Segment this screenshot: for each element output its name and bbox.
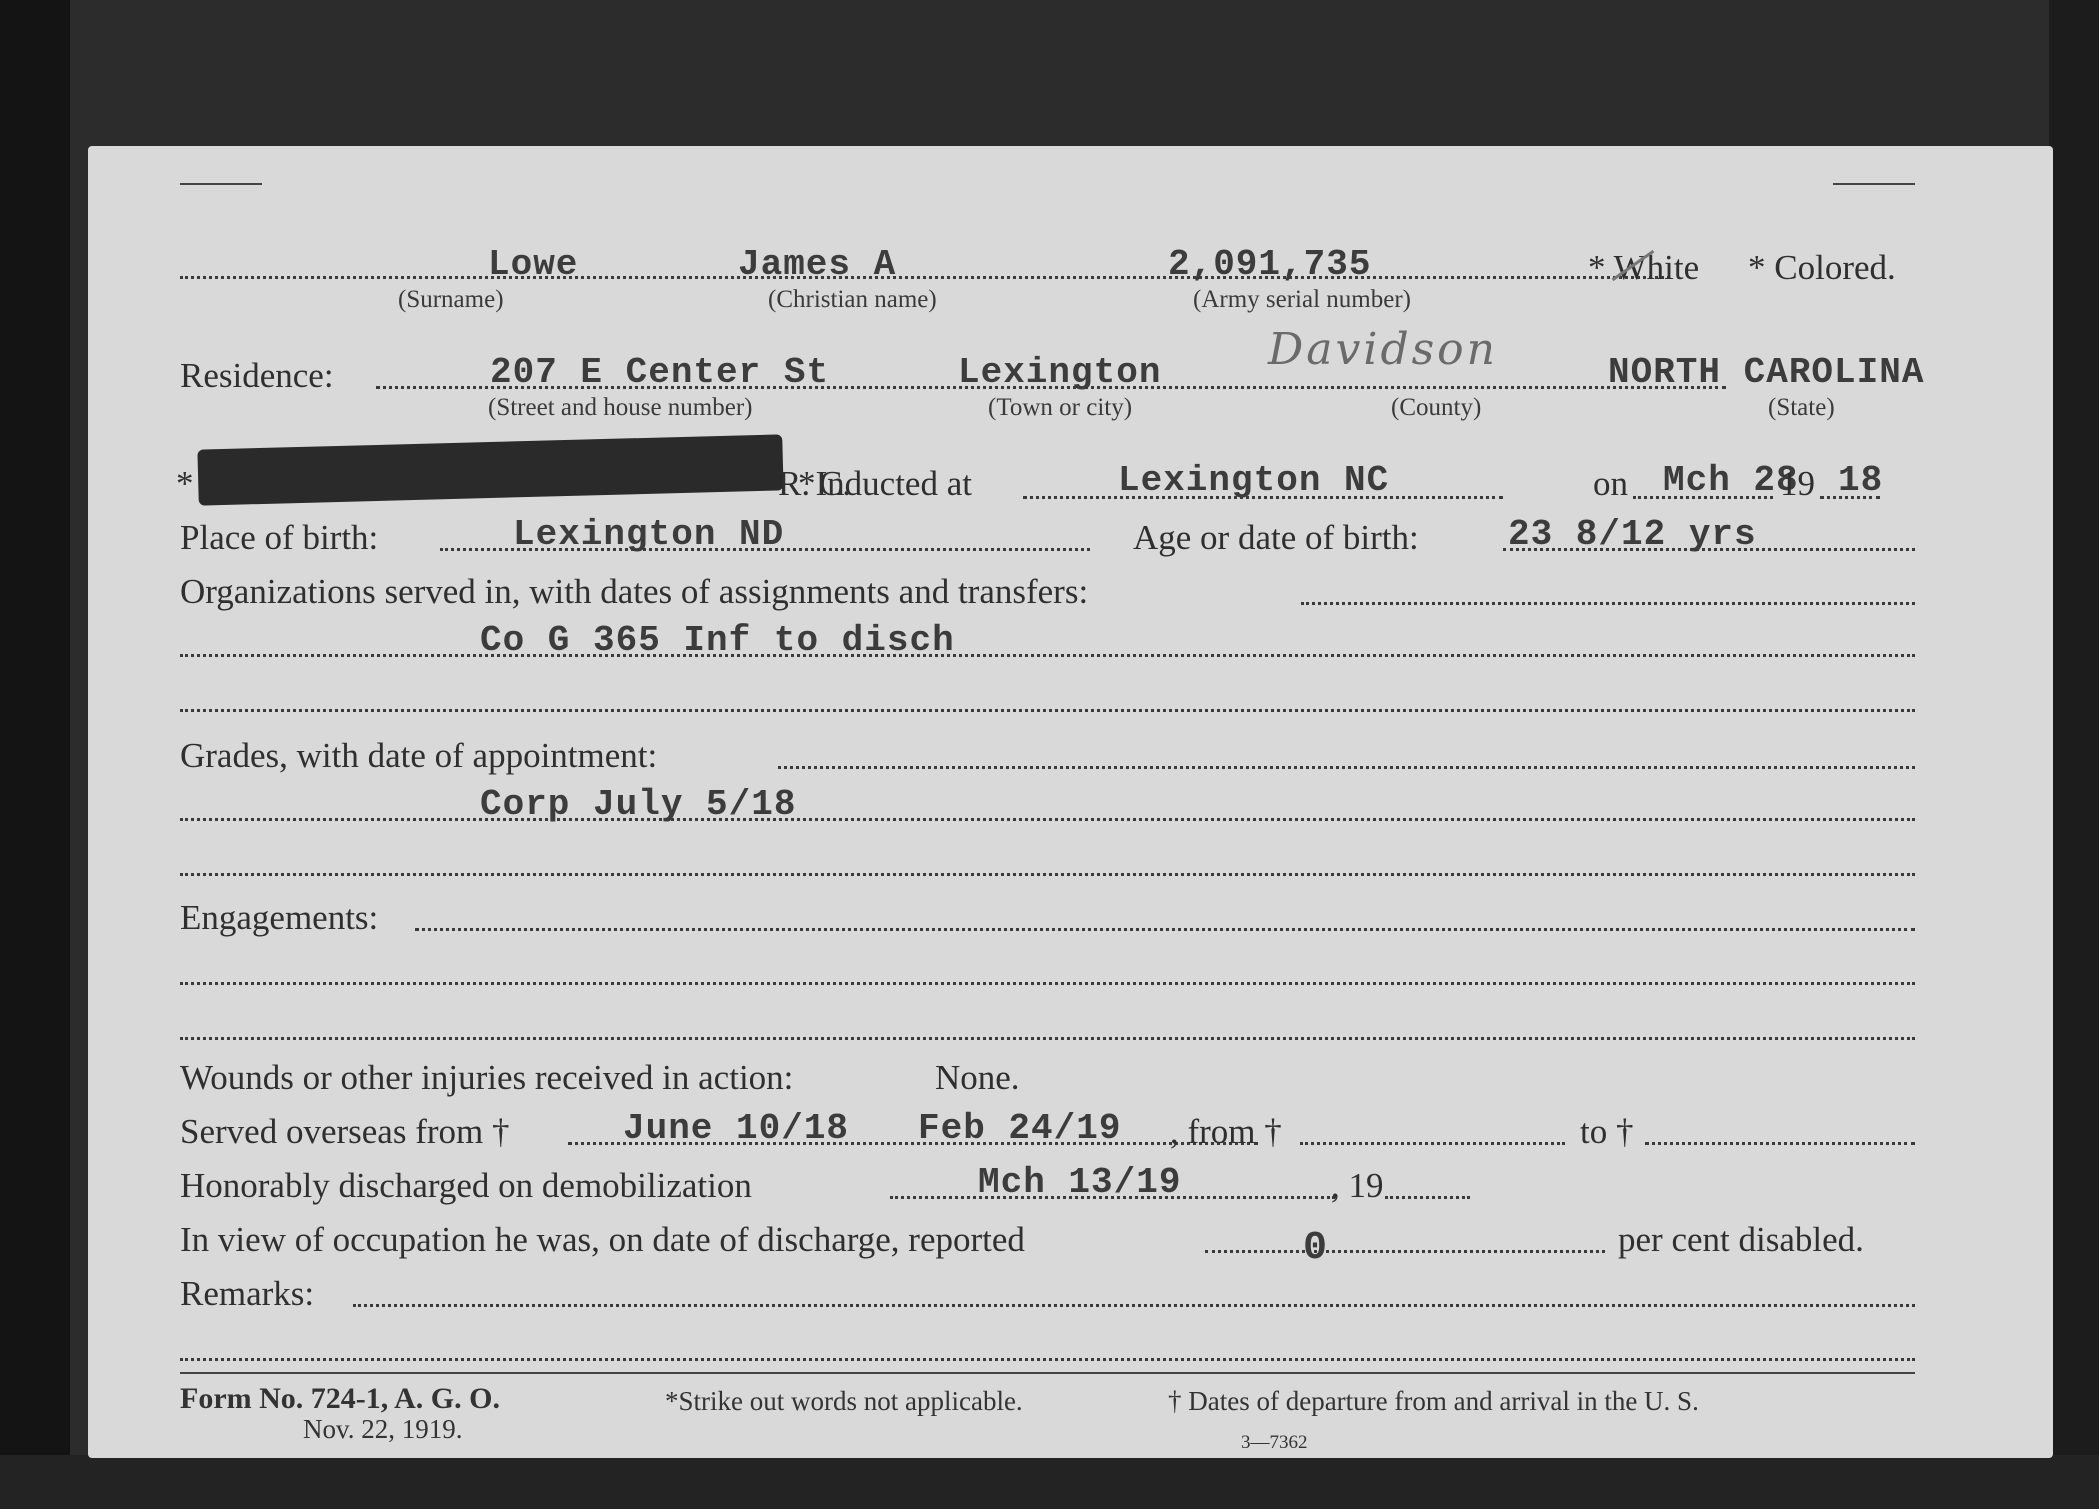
town-value: Lexington xyxy=(958,352,1161,393)
race-white-option: * White xyxy=(1588,248,1699,288)
inducted-on-label: on xyxy=(1593,464,1628,504)
overseas-to-2-line xyxy=(1645,1142,1915,1145)
race-colored-option: * Colored. xyxy=(1748,248,1896,288)
organizations-label: Organizations served in, with dates of a… xyxy=(180,572,1088,612)
serial-caption: (Army serial number) xyxy=(1193,286,1411,314)
service-record-card: Lowe James A 2,091,735 * White * Colored… xyxy=(88,146,2053,1458)
top-left-rule xyxy=(180,183,262,185)
remarks-label: Remarks: xyxy=(180,1274,314,1314)
footer-rule xyxy=(180,1372,1915,1374)
form-number: Form No. 724-1, A. G. O. xyxy=(180,1382,500,1416)
scan-left-border xyxy=(0,0,70,1509)
disability-line xyxy=(1205,1250,1605,1253)
place-of-birth-value: Lexington ND xyxy=(513,514,784,555)
serial-number-value: 2,091,735 xyxy=(1168,244,1371,285)
discharge-year-line xyxy=(1385,1196,1470,1199)
remarks-line-1 xyxy=(180,1358,1915,1361)
inducted-year-prefix: 19 xyxy=(1780,464,1815,504)
overseas-to-label: to † xyxy=(1580,1112,1633,1152)
discharge-label: Honorably discharged on demobilization xyxy=(180,1166,752,1206)
redacted-enlistment-text xyxy=(197,434,783,505)
grades-line-0 xyxy=(778,766,1915,769)
street-value: 207 E Center St xyxy=(490,352,829,393)
scan-right-border xyxy=(2049,0,2099,1509)
strike-out-note: *Strike out words not applicable. xyxy=(665,1386,1023,1417)
name-line xyxy=(180,276,1670,279)
remarks-line-0 xyxy=(353,1304,1915,1307)
overseas-label: Served overseas from † xyxy=(180,1112,509,1152)
age-label: Age or date of birth: xyxy=(1133,518,1419,558)
inducted-at-label: *Inducted at xyxy=(798,464,972,504)
town-caption: (Town or city) xyxy=(988,394,1132,422)
street-caption: (Street and house number) xyxy=(488,394,753,422)
disability-suffix: per cent disabled. xyxy=(1618,1220,1864,1260)
wounds-label: Wounds or other injuries received in act… xyxy=(180,1058,793,1098)
organizations-entry-0: Co G 365 Inf to disch xyxy=(480,620,955,661)
engagements-line-1 xyxy=(180,982,1915,985)
form-date: Nov. 22, 1919. xyxy=(303,1414,463,1445)
engagements-line-0 xyxy=(415,928,1915,931)
place-of-birth-label: Place of birth: xyxy=(180,518,378,558)
discharge-year-label: , 19 xyxy=(1331,1166,1384,1206)
inducted-year-value: 18 xyxy=(1838,460,1883,501)
state-value: NORTH CAROLINA xyxy=(1608,352,1924,393)
overseas-from-1: June 10/18 xyxy=(623,1108,849,1149)
organizations-line-0 xyxy=(1301,602,1915,605)
grades-line-1 xyxy=(180,818,1915,821)
inducted-date-value: Mch 28 xyxy=(1663,460,1799,501)
christian-name-caption: (Christian name) xyxy=(768,286,937,314)
county-caption: (County) xyxy=(1391,394,1481,422)
top-right-rule xyxy=(1833,183,1915,185)
residence-label: Residence: xyxy=(180,356,334,396)
overseas-to-1: Feb 24/19 xyxy=(918,1108,1121,1149)
organizations-line-2 xyxy=(180,709,1915,712)
christian-name-value: James A xyxy=(738,244,896,285)
wounds-value: None. xyxy=(935,1058,1020,1098)
state-caption: (State) xyxy=(1768,394,1835,422)
county-value: Davidson xyxy=(1268,324,1498,375)
dates-note: † Dates of departure from and arrival in… xyxy=(1168,1386,1699,1417)
organizations-line-1 xyxy=(180,654,1915,657)
engagements-line-2 xyxy=(180,1037,1915,1040)
inducted-place-value: Lexington NC xyxy=(1118,460,1389,501)
age-value: 23 8/12 yrs xyxy=(1508,514,1757,555)
disability-value: 0 xyxy=(1303,1226,1328,1271)
grades-line-2 xyxy=(180,873,1915,876)
disability-label: In view of occupation he was, on date of… xyxy=(180,1220,1025,1260)
surname-caption: (Surname) xyxy=(398,286,504,314)
print-code: 3—7362 xyxy=(1241,1432,1308,1454)
engagements-label: Engagements: xyxy=(180,898,378,938)
discharge-date: Mch 13/19 xyxy=(978,1162,1181,1203)
scan-bottom-border xyxy=(0,1455,2099,1509)
overseas-from-2-line xyxy=(1300,1142,1565,1145)
surname-value: Lowe xyxy=(488,244,578,285)
overseas-from-label: , from † xyxy=(1170,1112,1282,1152)
grades-entry-0: Corp July 5/18 xyxy=(480,784,796,825)
grades-label: Grades, with date of appointment: xyxy=(180,736,657,776)
enlisted-asterisk: * xyxy=(176,464,194,504)
